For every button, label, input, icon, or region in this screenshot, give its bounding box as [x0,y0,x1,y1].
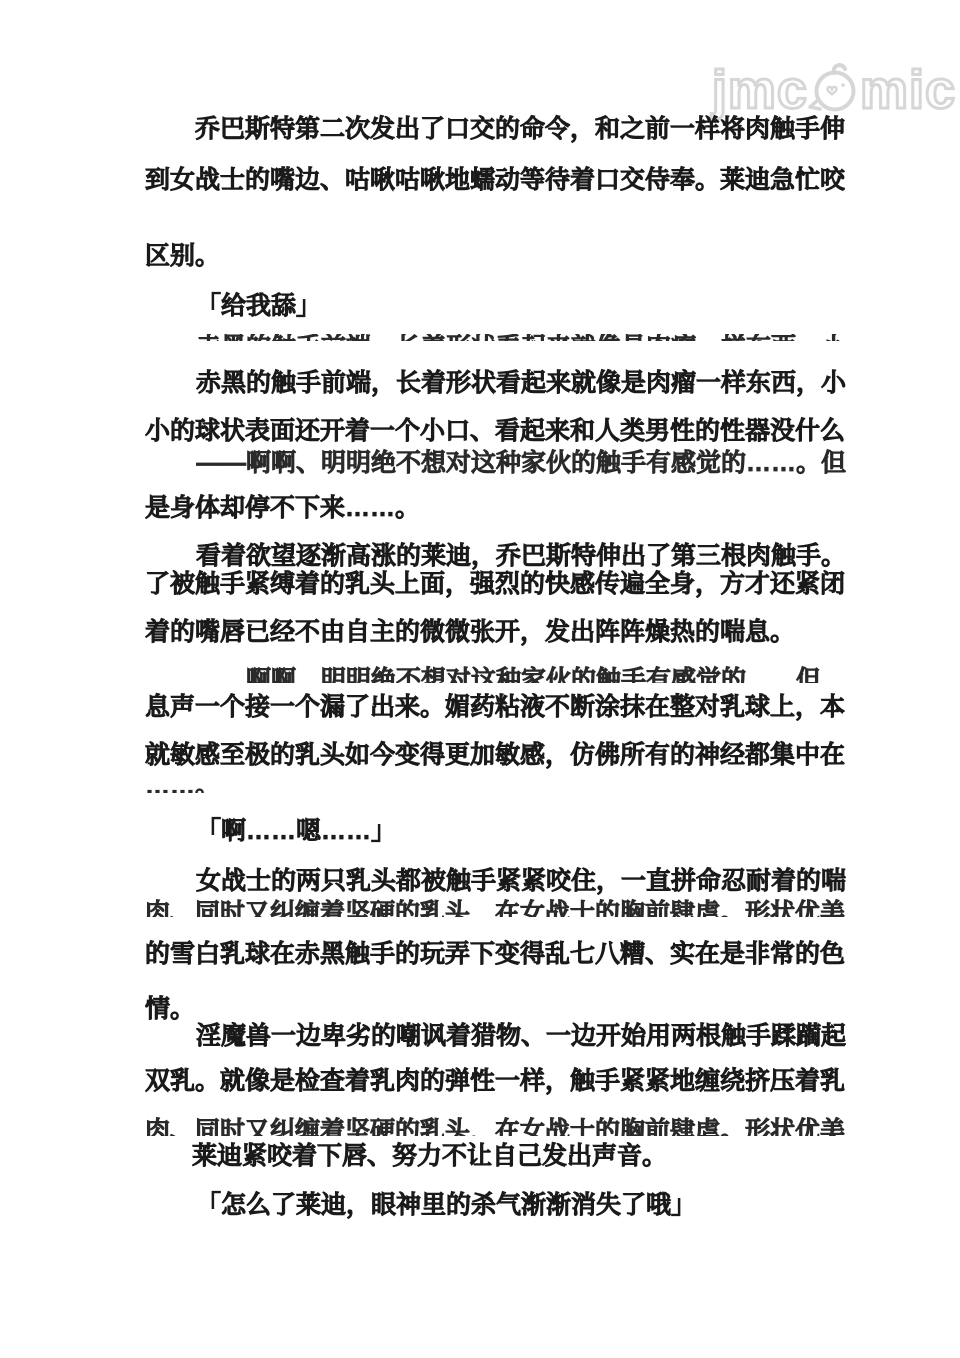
novel-page: jmc mic 乔巴斯特第二次发出了口交的命令，和之前一样将肉触手伸到女战士的嘴… [0,0,960,1358]
text-line: 「怎么了莱迪，眼神里的杀气渐渐消失了哦」 [196,1190,696,1221]
jmcomic-mascot-icon [805,60,863,118]
text-line: 赤黑的触手前端，长着形状看起来就像是肉瘤一样东西，小 [196,368,846,399]
text-line: 情。 [145,994,195,1025]
text-line: 的雪白乳球在赤黑触手的玩弄下变得乱七八糟、实在是非常的色 [145,939,845,970]
text-line: 乔巴斯特第二次发出了口交的命令，和之前一样将肉触手伸 [195,114,845,145]
text-line: 了被触手紧缚着的乳头上面，强烈的快感传遍全身，方才还紧闭 [145,569,845,600]
text-line-cut: 啊啊，明明绝不想对这种家伙的触手有感觉的……但 [246,665,821,683]
text-line: 女战士的两只乳头都被触手紧紧咬住，一直拼命忍耐着的喘 [196,866,846,897]
text-line-cut: 肉、同时又纠缠着坚硬的乳头，在女战士的胸前肆虐。形状优美 [145,898,845,917]
text-line: ——啊啊、明明绝不想对这种家伙的触手有感觉的……。但 [196,448,846,479]
text-line: 息声一个接一个漏了出来。媚药粘液不断涂抹在整对乳球上，本 [145,692,845,723]
text-line: 看着欲望逐渐高涨的莱迪，乔巴斯特伸出了第三根肉触手。 [196,541,846,572]
jmcomic-watermark: jmc mic [712,60,956,120]
text-line: 着的嘴唇已经不由自主的微微张开，发出阵阵燥热的喘息。 [145,617,795,648]
watermark-text-left: jmc [712,63,808,117]
text-line: 淫魔兽一边卑劣的嘲讽着猎物、一边开始用两根触手蹂躏起 [196,1021,846,1052]
text-line-cut: ……。 [145,784,220,793]
text-line: 「给我舔」 [196,291,321,322]
text-line-cut: 肉、同时又纠缠着坚硬的乳头，在女战士的胸前肆虐。形状优美 [145,1116,845,1136]
text-line: 是身体却停不下来……。 [145,493,420,524]
text-line: 莱迪紧咬着下唇、努力不让自己发出声音。 [192,1141,667,1172]
text-line: 「啊……嗯……」 [196,816,396,847]
text-line: 到女战士的嘴边、咕啾咕啾地蠕动等待着口交侍奉。莱迪急忙咬 [145,165,845,196]
text-line: 就敏感至极的乳头如今变得更加敏感，仿佛所有的神经都集中在 [145,740,845,771]
text-line-cut: 赤黑的触手前端，长着形状看起来就像是肉瘤一样东西，小 [196,334,846,341]
text-line: 双乳。就像是检查着乳肉的弹性一样，触手紧紧地缠绕挤压着乳 [145,1066,845,1097]
watermark-text-right: mic [860,63,956,117]
text-line: 区别。 [145,241,220,272]
text-line: 小的球状表面还开着一个小口、看起来和人类男性的性器没什么 [145,416,845,447]
